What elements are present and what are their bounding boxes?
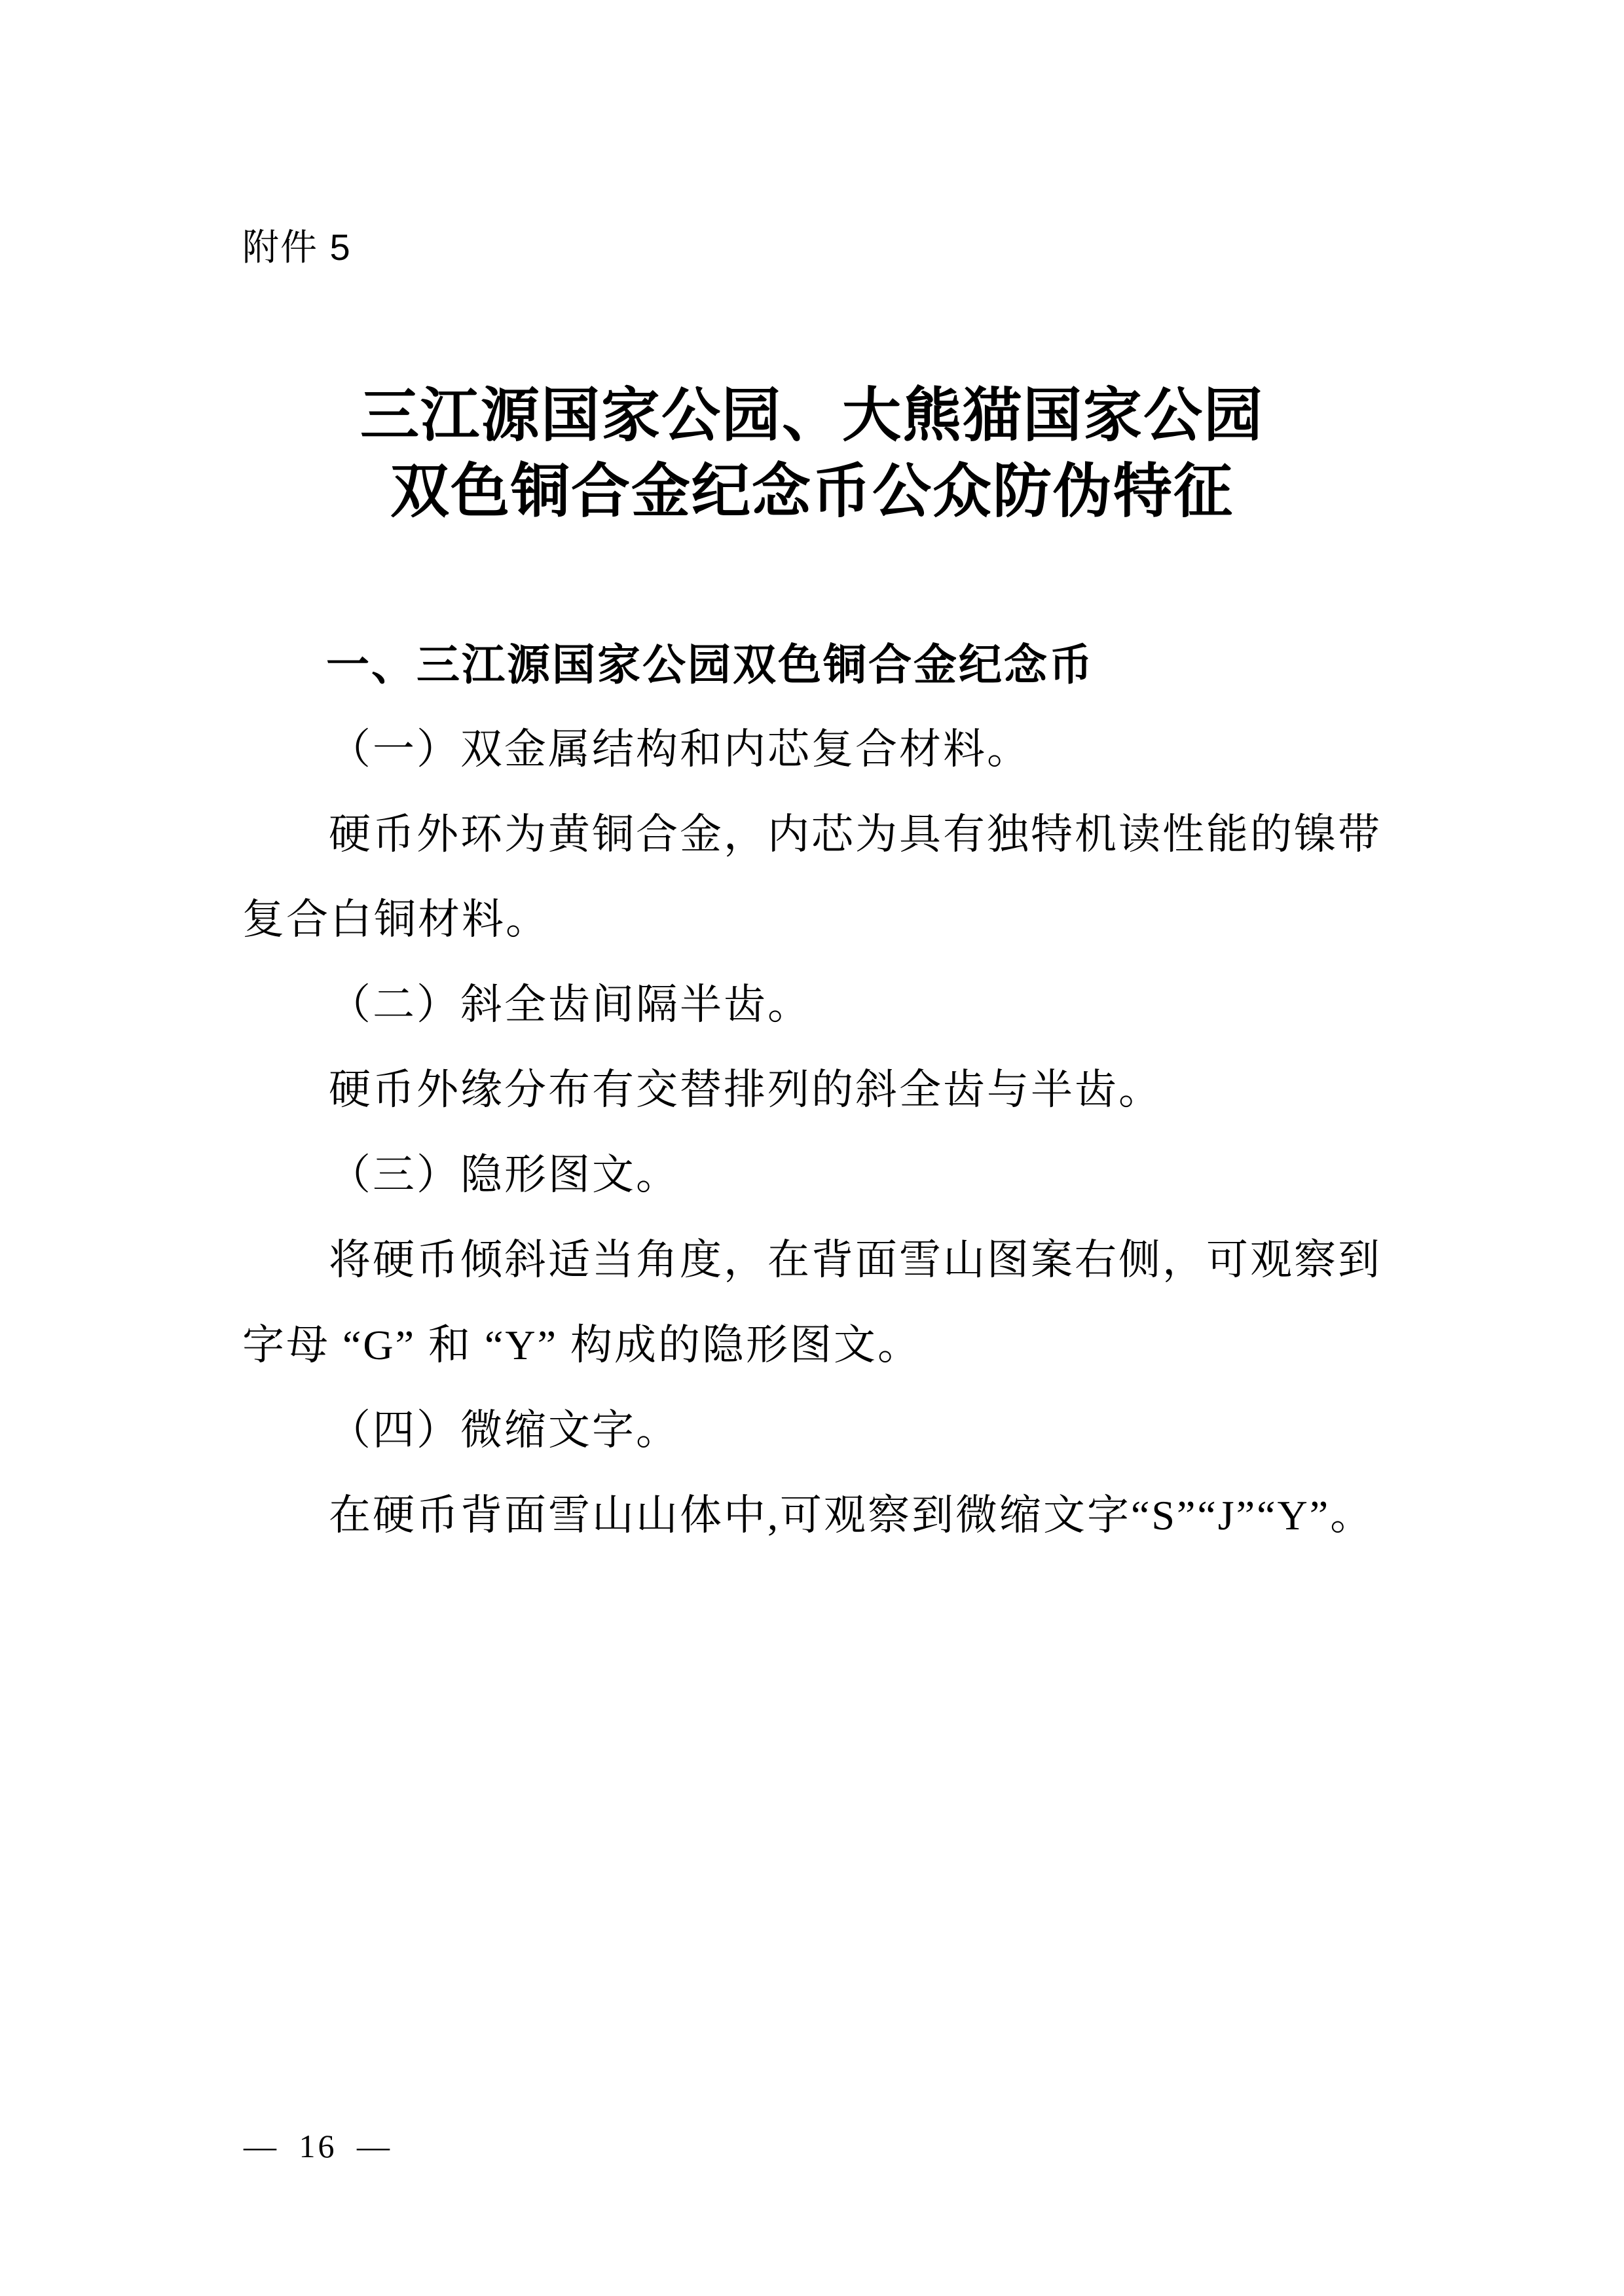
body-line: 将硬币倾斜适当角度，在背面雪山图案右侧，可观察到 <box>242 1218 1395 1303</box>
document-page: 附件 5 三江源国家公园、大熊猫国家公园 双色铜合金纪念币公众防伪特征 一、三江… <box>0 0 1624 2296</box>
body-line: 在硬币背面雪山山体中,可观察到微缩文字“S”“J”“Y”。 <box>242 1473 1395 1558</box>
body-line: 硬币外缘分布有交替排列的斜全齿与半齿。 <box>242 1048 1395 1133</box>
attachment-label: 附件 5 <box>242 221 352 274</box>
body-line: （四）微缩文字。 <box>242 1388 1395 1473</box>
document-title: 三江源国家公园、大熊猫国家公园 双色铜合金纪念币公众防伪特征 <box>0 378 1624 530</box>
document-body: 一、三江源国家公园双色铜合金纪念币 （一）双金属结构和内芯复合材料。 硬币外环为… <box>242 622 1395 1558</box>
body-line: 复合白铜材料。 <box>242 877 1395 962</box>
body-line: 字母 “G” 和 “Y” 构成的隐形图文。 <box>242 1303 1395 1388</box>
body-line: （三）隐形图文。 <box>242 1133 1395 1218</box>
body-line: 硬币外环为黄铜合金，内芯为具有独特机读性能的镍带 <box>242 792 1395 877</box>
document-title-line1: 三江源国家公园、大熊猫国家公园 <box>0 378 1624 454</box>
body-line: （二）斜全齿间隔半齿。 <box>242 962 1395 1048</box>
page-number: — 16 — <box>244 2126 392 2166</box>
document-title-line2: 双色铜合金纪念币公众防伪特征 <box>0 454 1624 530</box>
body-line: （一）双金属结构和内芯复合材料。 <box>242 707 1395 792</box>
section-heading: 一、三江源国家公园双色铜合金纪念币 <box>242 622 1395 707</box>
